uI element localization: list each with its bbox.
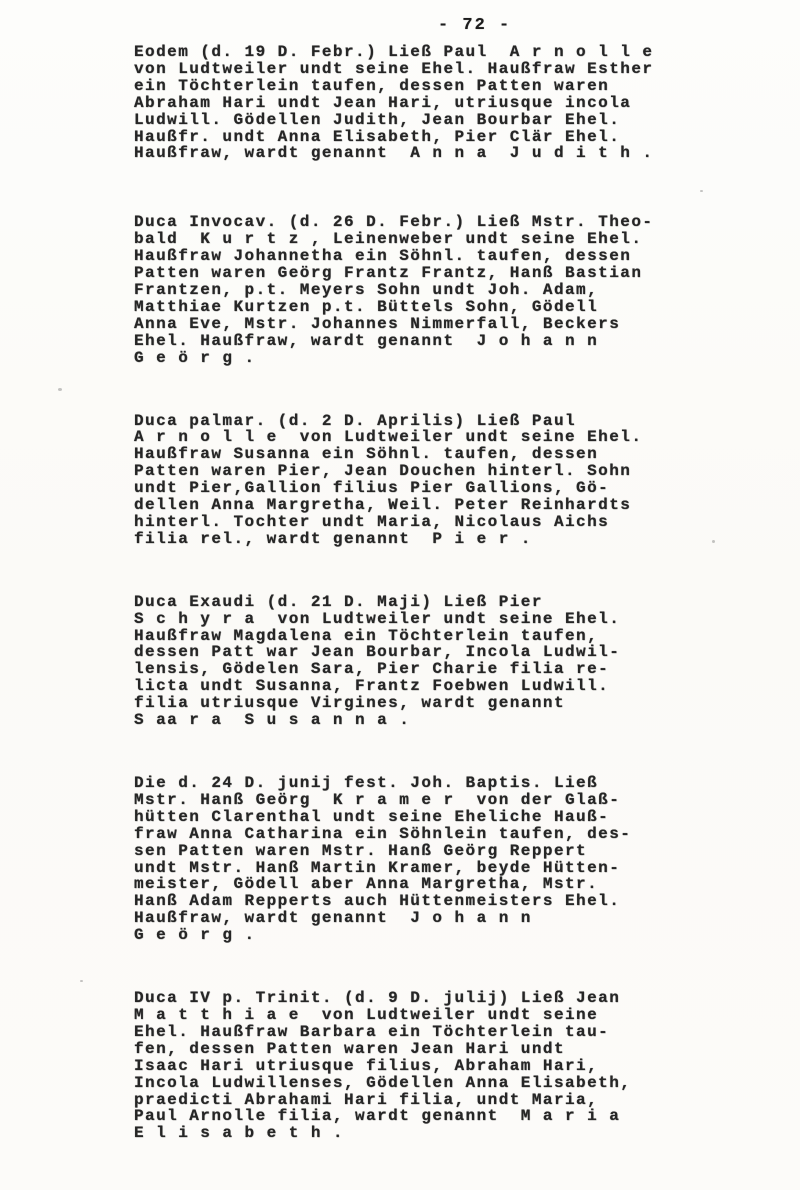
scan-noise-speck: [700, 190, 703, 192]
baptism-entry-4: Duca Exaudi (d. 21 D. Maji) Ließ Pier S …: [134, 594, 694, 729]
scan-noise-speck: [712, 540, 715, 543]
scan-noise-speck: [58, 388, 62, 391]
baptism-entry-3: Duca palmar. (d. 2 D. Aprilis) Ließ Paul…: [134, 413, 694, 548]
scan-noise-speck: [80, 980, 83, 982]
baptism-entry-6: Duca IV p. Trinit. (d. 9 D. julij) Ließ …: [134, 990, 694, 1142]
baptism-entry-1: Eodem (d. 19 D. Febr.) Ließ Paul A r n o…: [134, 44, 694, 162]
baptism-entry-2: Duca Invocav. (d. 26 D. Febr.) Ließ Mstr…: [134, 214, 694, 366]
scanned-page: - 72 - Eodem (d. 19 D. Febr.) Ließ Paul …: [0, 0, 800, 1190]
page-number: - 72 -: [190, 16, 730, 35]
baptism-entry-5: Die d. 24 D. junij fest. Joh. Baptis. Li…: [134, 775, 694, 944]
page-content: - 72 - Eodem (d. 19 D. Febr.) Ließ Paul …: [134, 16, 694, 1188]
